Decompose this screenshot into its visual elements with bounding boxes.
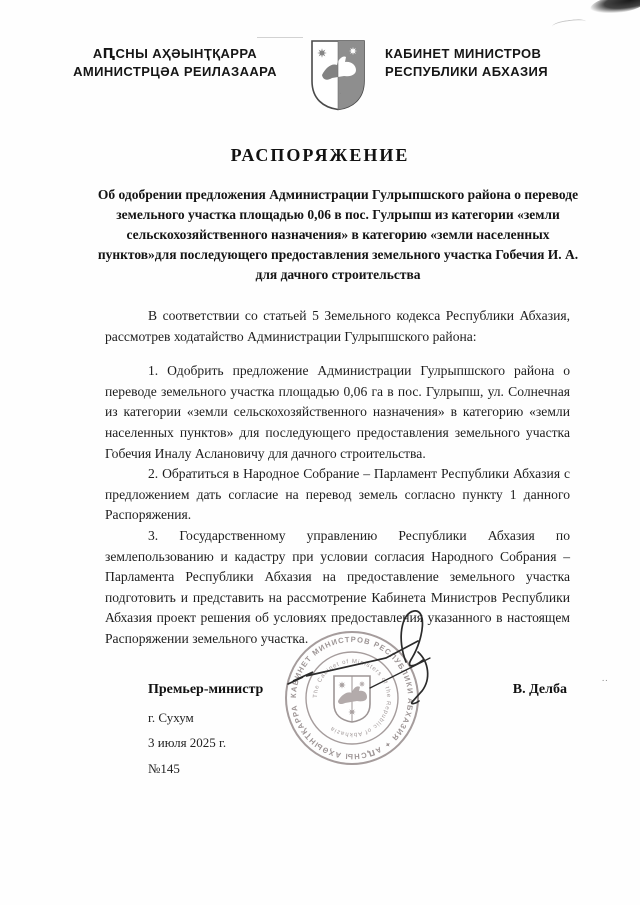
- document-subject: Об одобрении предложения Администрации Г…: [88, 185, 588, 285]
- document-body: В соответствии со статьей 5 Земельного к…: [105, 306, 570, 650]
- org-name-russian-line1: КАБИНЕТ МИНИСТРОВ: [385, 45, 581, 63]
- org-name-abkhazian: АԤСНЫ АҲӘЫНҬҚАРРА АМИНИСТРЦӘА РЕИЛАЗААРА: [59, 38, 291, 80]
- document-footer: г. Сухум 3 июля 2025 г. №145: [148, 705, 640, 782]
- document-title: РАСПОРЯЖЕНИЕ: [0, 145, 640, 166]
- signer-post: Премьер-министр: [148, 682, 263, 698]
- signature-row: Премьер-министр В. Делба: [148, 682, 567, 698]
- scan-line-artifact: [257, 37, 303, 38]
- org-name-russian-line2: РЕСПУБЛИКИ АБХАЗИЯ: [385, 63, 581, 81]
- footer-number: №145: [148, 756, 640, 782]
- org-name-abkhazian-line2: АМИНИСТРЦӘА РЕИЛАЗААРА: [59, 63, 291, 81]
- footer-city: г. Сухум: [148, 705, 640, 731]
- scan-dot-artifact: ..: [602, 675, 614, 681]
- body-intro-paragraph: В соответствии со статьей 5 Земельного к…: [105, 306, 570, 347]
- body-item-3: 3. Государственному управлению Республик…: [105, 526, 570, 650]
- footer-date: 3 июля 2025 г.: [148, 730, 640, 756]
- letterhead: АԤСНЫ АҲӘЫНҬҚАРРА АМИНИСТРЦӘА РЕИЛАЗААРА: [0, 0, 640, 112]
- body-item-1: 1. Одобрить предложение Администрации Гу…: [105, 361, 570, 464]
- org-name-russian: КАБИНЕТ МИНИСТРОВ РЕСПУБЛИКИ АБХАЗИЯ: [385, 38, 581, 80]
- body-item-2: 2. Обратиться в Народное Собрание – Парл…: [105, 464, 570, 526]
- signer-name: В. Делба: [513, 682, 567, 698]
- abkhazia-coat-of-arms-icon: [309, 38, 367, 112]
- scanned-document-page: .. АԤСНЫ АҲӘЫНҬҚАРРА АМИНИСТРЦӘА РЕИЛАЗА…: [0, 0, 640, 905]
- org-name-abkhazian-line1: АԤСНЫ АҲӘЫНҬҚАРРА: [59, 45, 291, 63]
